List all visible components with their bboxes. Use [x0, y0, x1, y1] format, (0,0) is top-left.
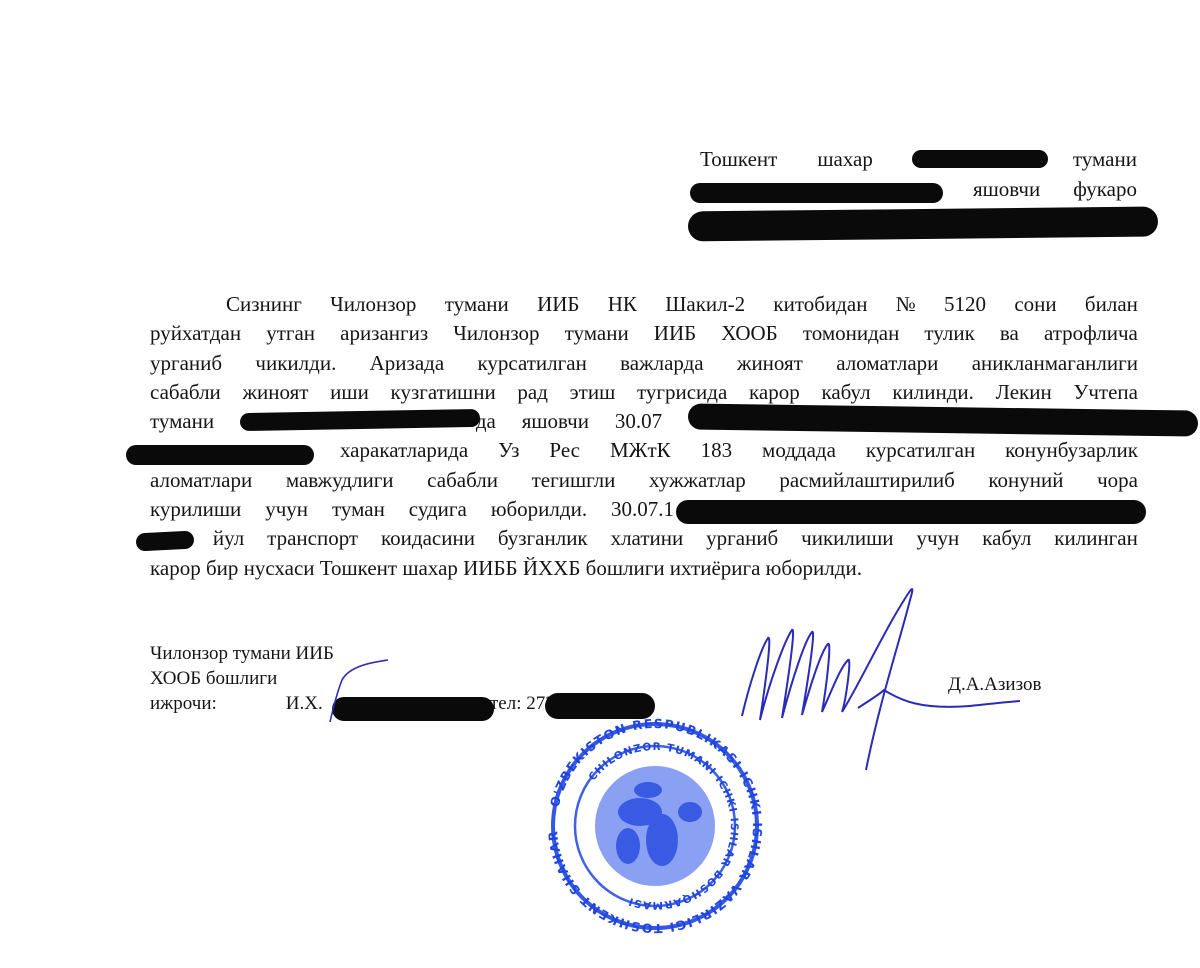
redaction-mark [912, 150, 1048, 168]
redaction-mark [545, 693, 655, 719]
redaction-mark [688, 403, 1198, 436]
redaction-mark [240, 409, 480, 431]
redaction-mark [688, 207, 1158, 242]
ink-overlay: O'ZBEKISTON RESPUBLIKASI ICHKI ISHLAR VA… [0, 0, 1200, 968]
redaction-marks [126, 150, 1198, 721]
handwritten-signature [742, 589, 1020, 770]
redaction-mark [690, 183, 943, 203]
redaction-mark [136, 530, 195, 551]
scanned-letter-page: Тошкент шахар тумани яшовчи фукаро Сизни… [0, 0, 1200, 968]
redaction-mark [332, 697, 494, 721]
redaction-mark [676, 500, 1146, 524]
redaction-mark [126, 445, 314, 465]
official-stamp: O'ZBEKISTON RESPUBLIKASI ICHKI ISHLAR VA… [545, 716, 765, 936]
